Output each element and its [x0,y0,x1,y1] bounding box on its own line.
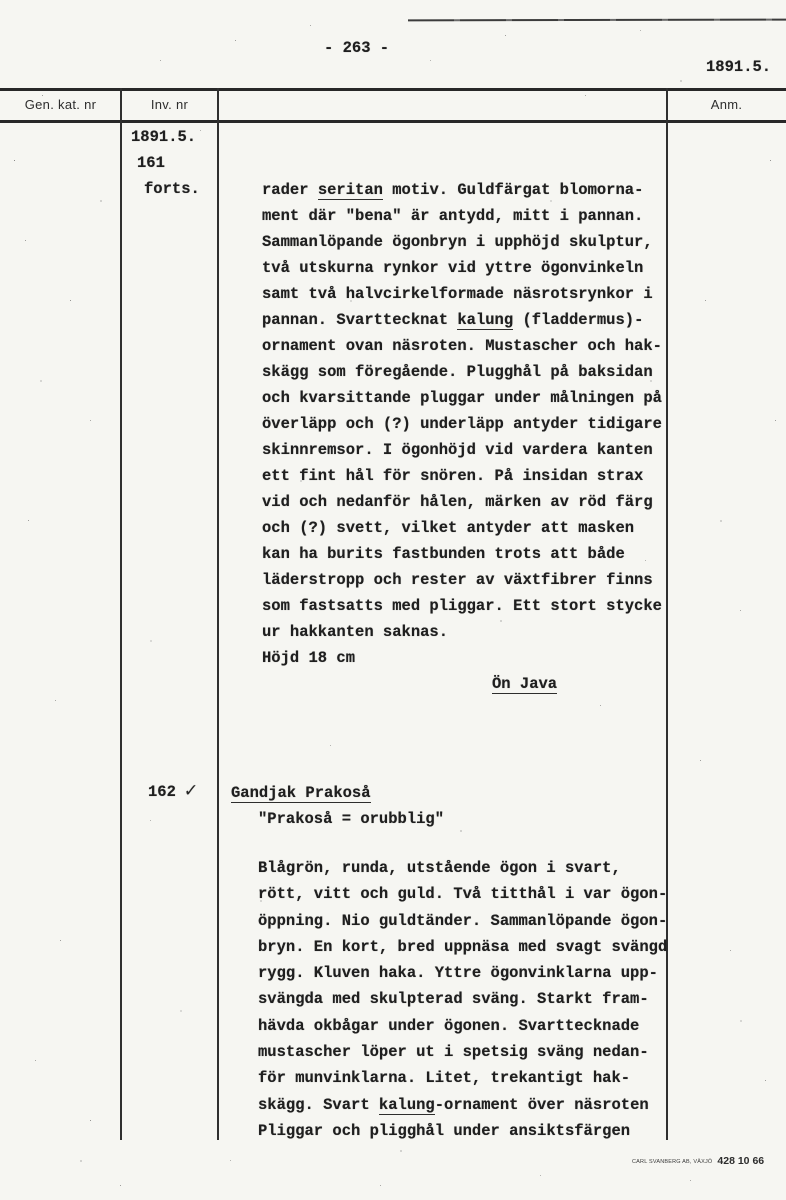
text-line: överläpp och (?) underläpp antyder tidig… [262,411,662,437]
text-line: och (?) svett, vilket antyder att masken [262,515,662,541]
text-line: skägg. Svart kalung-ornament över näsrot… [258,1092,667,1118]
text-line: kan ha burits fastbunden trots att både [262,541,662,567]
text-line: ment där "bena" är antydd, mitt i pannan… [262,203,662,229]
text-line: samt två halvcirkelformade näsrotsrynkor… [262,281,662,307]
print-code: 428 10 66 [717,1155,764,1167]
text-line: 1891.5. [131,124,200,150]
text-line: Blågrön, runda, utstående ögon i svart, [258,855,667,881]
origin-text: Ön Java [492,675,557,694]
text-line: skinnremsor. I ögonhöjd vid vardera kant… [262,437,662,463]
text-line: pannan. Svarttecknat kalung (fladdermus)… [262,307,662,333]
column-divider-inv-nr [217,88,219,1140]
text-line: mustascher löper ut i spetsig sväng neda… [258,1039,667,1065]
entry-161-description: rader seritan motiv. Guldfärgat blomorna… [262,177,662,671]
column-header-anm: Anm. [667,97,786,112]
table-header-bottom-border [0,120,786,123]
entry-161-inventory-number: 1891.5.161forts. [131,124,200,202]
text-line: hävda okbågar under ögonen. Svarttecknad… [258,1013,667,1039]
text-line: vid och nedanför hålen, märken av röd fä… [262,489,662,515]
text-line: två utskurna rynkor vid yttre ögonvinkel… [262,255,662,281]
entry-162-subtitle: "Prakoså = orubblig" [258,806,444,832]
scanned-catalog-page: - 263 - 1891.5. Gen. kat. nr Inv. nr Anm… [0,0,786,1200]
scan-noise-smudges [0,0,2,2]
text-line: ornament ovan näsroten. Mustascher och h… [262,333,662,359]
column-header-inv-nr: Inv. nr [121,97,218,112]
text-line: bryn. En kort, bred uppnäsa med svagt sv… [258,934,667,960]
inv-no-text: 162 [148,783,176,801]
text-line: öppning. Nio guldtänder. Sammanlöpande ö… [258,908,667,934]
text-line: Sammanlöpande ögonbryn i upphöjd skulptu… [262,229,662,255]
text-line: rygg. Kluven haka. Yttre ögonvinklarna u… [258,960,667,986]
entry-161-origin: Ön Java [492,671,557,697]
checkmark-icon: ✓ [184,778,197,805]
text-line: ur hakkanten saknas. [262,619,662,645]
text-line: läderstropp och rester av växtfibrer fin… [262,567,662,593]
entry-162-description: Blågrön, runda, utstående ögon i svart,r… [258,855,667,1144]
text-line: rader seritan motiv. Guldfärgat blomorna… [262,177,662,203]
top-right-rule [408,19,786,22]
column-divider-gen-kat [120,88,122,1140]
text-line: forts. [144,176,200,202]
entry-162-title: Gandjak Prakoså [231,780,371,806]
entry-162-inventory-number: 162✓ [148,778,196,804]
printer-name: CARL SVANBERG AB, VÄXJÖ [632,1159,712,1167]
text-line: svängda med skulpterad sväng. Starkt fra… [258,986,667,1012]
scan-noise-dots [0,0,1,1]
table-top-border [0,88,786,91]
text-line: och kvarsittande pluggar under målningen… [262,385,662,411]
text-line: för munvinklarna. Litet, trekantigt hak- [258,1065,667,1091]
column-header-gen-kat-nr: Gen. kat. nr [0,97,121,112]
text-line: 161 [137,150,200,176]
text-line: ett fint hål för snören. På insidan stra… [262,463,662,489]
text-line: skägg som föregående. Plugghål på baksid… [262,359,662,385]
catalog-ref-top-right: 1891.5. [706,58,771,76]
text-line: rött, vitt och guld. Två titthål i var ö… [258,881,667,907]
printer-footer: CARL SVANBERG AB, VÄXJÖ 428 10 66 [632,1155,782,1167]
text-line: Pliggar och pligghål under ansiktsfärgen [258,1118,667,1144]
title-text: Gandjak Prakoså [231,784,371,803]
text-line: som fastsatts med pliggar. Ett stort sty… [262,593,662,619]
text-line: Höjd 18 cm [262,645,662,671]
page-number: - 263 - [324,39,389,57]
